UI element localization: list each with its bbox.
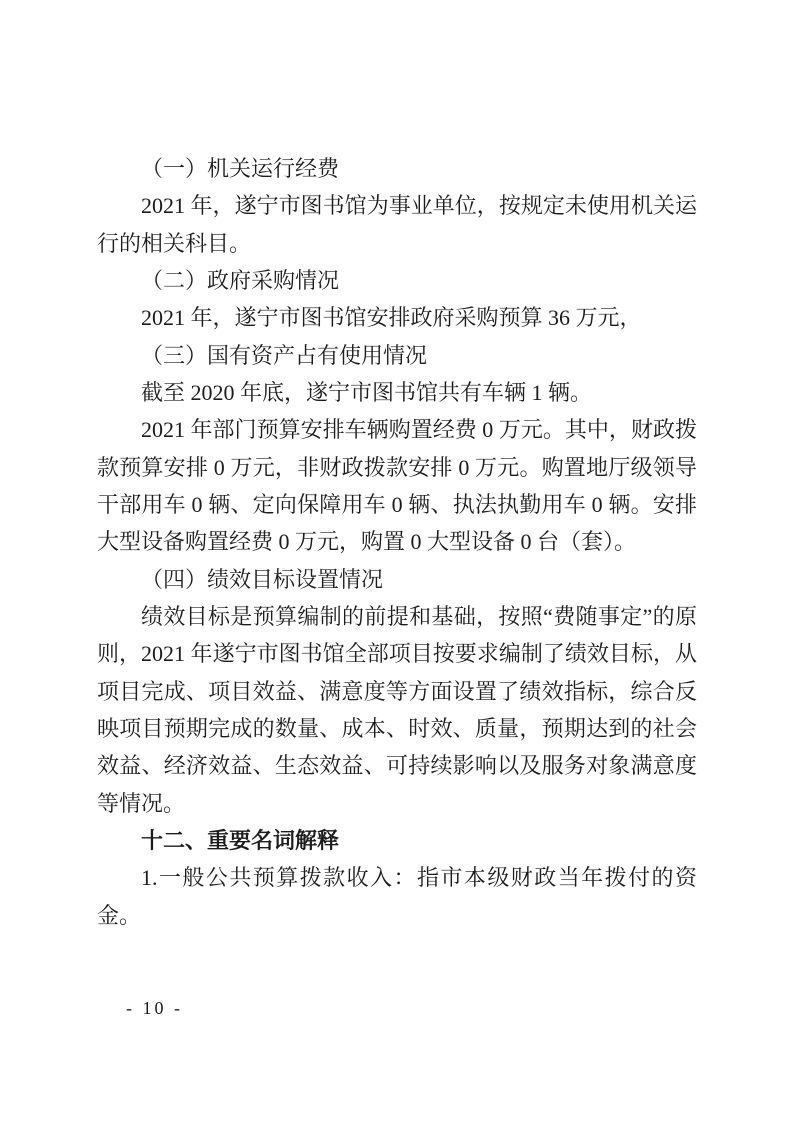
subsection-title-3-state-assets: （三）国有资产占有使用情况 bbox=[97, 337, 697, 374]
paragraph-performance-targets: 绩效目标是预算编制的前提和基础，按照“费随事定”的原则，2021 年遂宁市图书馆… bbox=[97, 598, 697, 822]
subsection-title-2-government-procurement: （二）政府采购情况 bbox=[97, 262, 697, 299]
subsection-title-4-performance-targets: （四）绩效目标设置情况 bbox=[97, 561, 697, 598]
paragraph-vehicle-equipment-budget: 2021 年部门预算安排车辆购置经费 0 万元。其中，财政拨款预算安排 0 万元… bbox=[97, 411, 697, 560]
paragraph-glossary-term-1: 1.一般公共预算拨款收入：指市本级财政当年拨付的资金。 bbox=[97, 859, 697, 934]
section-title-12-glossary: 十二、重要名词解释 bbox=[97, 822, 697, 859]
paragraph-government-procurement: 2021 年，遂宁市图书馆安排政府采购预算 36 万元， bbox=[97, 299, 697, 336]
document-page: （一）机关运行经费 2021 年，遂宁市图书馆为事业单位，按规定未使用机关运行的… bbox=[0, 0, 793, 1122]
subsection-title-1-agency-operating-funds: （一）机关运行经费 bbox=[97, 150, 697, 187]
paragraph-vehicles-owned: 截至 2020 年底，遂宁市图书馆共有车辆 1 辆。 bbox=[97, 374, 697, 411]
page-number: - 10 - bbox=[126, 998, 183, 1018]
paragraph-agency-operating-funds: 2021 年，遂宁市图书馆为事业单位，按规定未使用机关运行的相关科目。 bbox=[97, 187, 697, 262]
page-content: （一）机关运行经费 2021 年，遂宁市图书馆为事业单位，按规定未使用机关运行的… bbox=[97, 150, 697, 934]
